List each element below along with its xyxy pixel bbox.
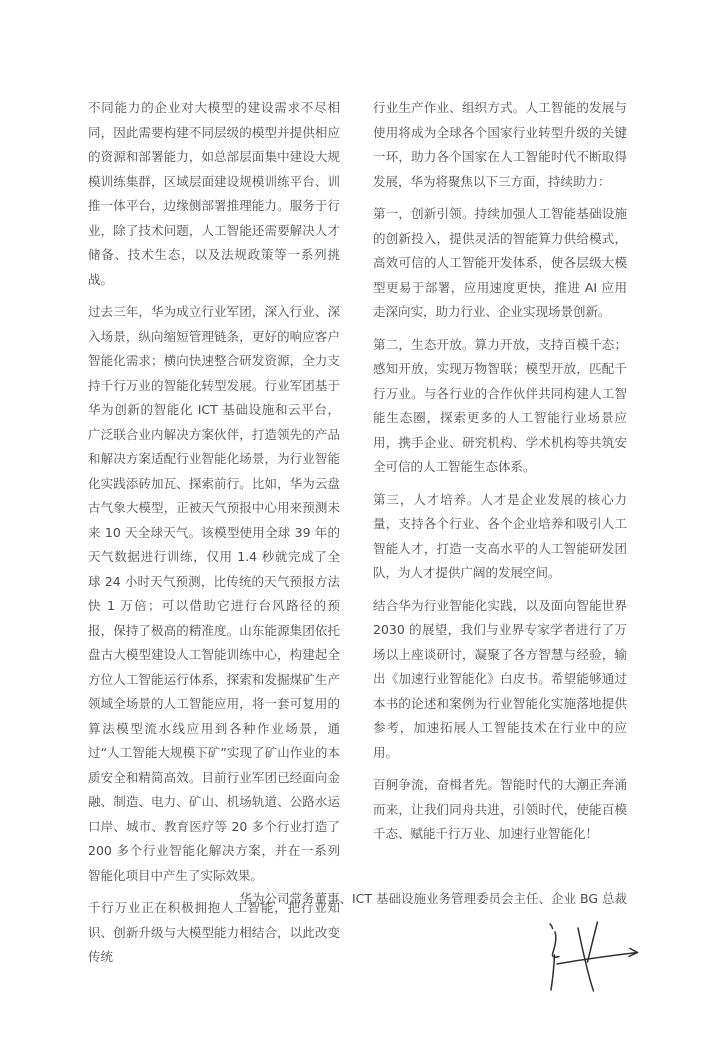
paragraph: 百舸争流，奋楫者先。智能时代的大潮正奔涌而来，让我们同舟共进，引领时代，使能百模… bbox=[373, 773, 627, 847]
text-column-left: 不同能力的企业对大模型的建设需求不尽相同，因此需要构建不同层级的模型并提供相应的… bbox=[88, 96, 340, 970]
signature-byline: 华为公司常务董事、ICT 基础设施业务管理委员会主任、企业 BG 总裁 bbox=[88, 891, 627, 907]
paragraph: 结合华为行业智能化实践，以及面向智能世界 2030 的展望，我们与业界专家学者进… bbox=[373, 594, 627, 766]
text-column-right: 行业生产作业、组织方式。人工智能的发展与使用将成为全球各个国家行业转型升级的关键… bbox=[373, 96, 627, 847]
paragraph: 过去三年，华为成立行业军团，深入行业、深入场景，纵向缩短管理链条，更好的响应客户… bbox=[88, 300, 340, 888]
paragraph: 第三，人才培养。人才是企业发展的核心力量，支持各个行业、各个企业培养和吸引人工智… bbox=[373, 488, 627, 586]
paragraph: 第二，生态开放。算力开放，支持百模千态；感知开放，实现万物智联；模型开放，匹配千… bbox=[373, 333, 627, 480]
paragraph: 不同能力的企业对大模型的建设需求不尽相同，因此需要构建不同层级的模型并提供相应的… bbox=[88, 96, 340, 292]
paragraph: 千行万业正在积极拥抱人工智能，把行业知识、创新升级与大模型能力相结合，以此改变传… bbox=[88, 896, 340, 970]
signature-icon bbox=[530, 910, 650, 1010]
paragraph: 第一，创新引领。持续加强人工智能基础设施的创新投入，提供灵活的智能算力供给模式，… bbox=[373, 202, 627, 325]
paragraph: 行业生产作业、组织方式。人工智能的发展与使用将成为全球各个国家行业转型升级的关键… bbox=[373, 96, 627, 194]
document-page: 不同能力的企业对大模型的建设需求不尽相同，因此需要构建不同层级的模型并提供相应的… bbox=[0, 0, 710, 1037]
